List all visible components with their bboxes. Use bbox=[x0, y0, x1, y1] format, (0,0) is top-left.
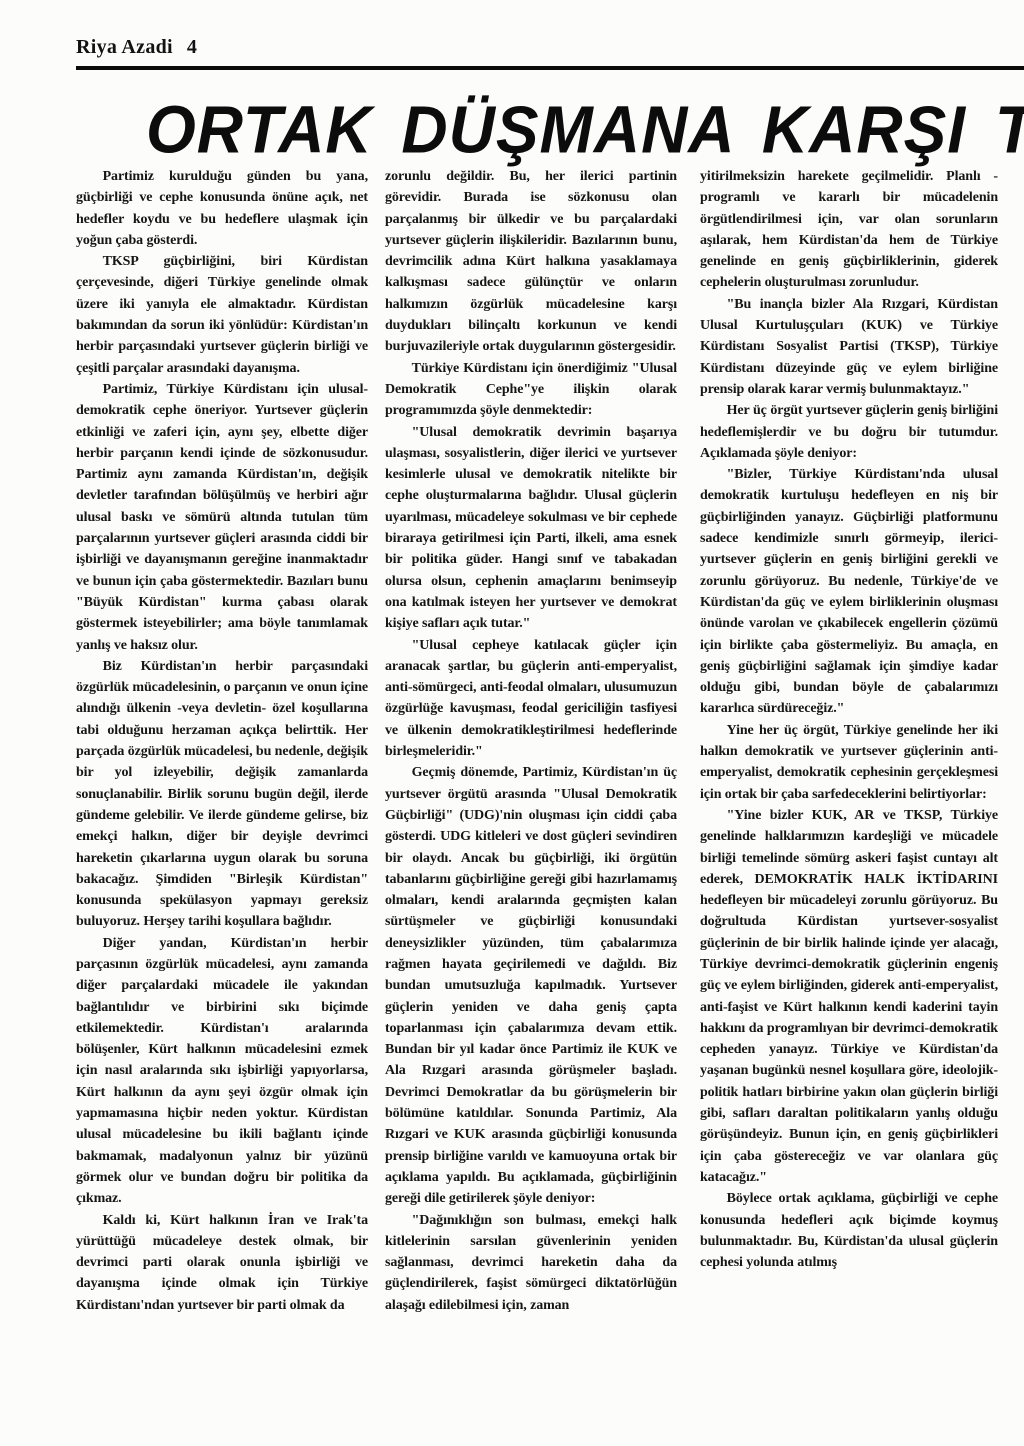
paragraph: "Bu inançla bizler Ala Rızgari, Kürdista… bbox=[700, 294, 998, 400]
paragraph: zorunlu değildir. Bu, her ilerici partin… bbox=[385, 166, 677, 358]
paragraph: Biz Kürdistan'ın herbir parçasındaki özg… bbox=[76, 656, 368, 933]
masthead-rule bbox=[76, 66, 1024, 70]
paragraph: Kaldı ki, Kürt halkının İran ve Irak'ta … bbox=[76, 1210, 368, 1316]
publication-title: Riya Azadi bbox=[76, 36, 173, 58]
paragraph: TKSP güçbirliğini, biri Kürdistan çerçev… bbox=[76, 251, 368, 379]
page-number: 4 bbox=[187, 36, 197, 58]
paragraph: Partimiz kurulduğu günden bu yana, güçbi… bbox=[76, 166, 368, 251]
paragraph: Partimiz, Türkiye Kürdistanı için ulusal… bbox=[76, 379, 368, 656]
paragraph: Yine her üç örgüt, Türkiye genelinde her… bbox=[700, 720, 998, 805]
paragraph: "Yine bizler KUK, AR ve TKSP, Türkiye ge… bbox=[700, 805, 998, 1188]
paragraph: Her üç örgüt yurtsever güçlerin geniş bi… bbox=[700, 400, 998, 464]
headline: ORTAK DÜŞMANA KARŞI TÜ bbox=[146, 84, 1024, 176]
paragraph: yitirilmeksizin harekete geçilmelidir. P… bbox=[700, 166, 998, 294]
newspaper-page: Riya Azadi4 ORTAK DÜŞMANA KARŞI TÜ Parti… bbox=[0, 0, 1024, 1446]
headline-container: ORTAK DÜŞMANA KARŞI TÜ bbox=[146, 84, 1024, 176]
paragraph: "Dağınıklığın son bulması, emekçi halk k… bbox=[385, 1210, 677, 1316]
text-column-3: yitirilmeksizin harekete geçilmelidir. P… bbox=[700, 166, 998, 1273]
text-column-2: zorunlu değildir. Bu, her ilerici partin… bbox=[385, 166, 677, 1316]
paragraph: "Ulusal demokratik devrimin başarıya ula… bbox=[385, 422, 677, 635]
masthead: Riya Azadi4 bbox=[76, 36, 197, 59]
paragraph: "Ulusal cepheye katılacak güçler için ar… bbox=[385, 635, 677, 763]
paragraph: "Bizler, Türkiye Kürdistanı'nda ulusal d… bbox=[700, 464, 998, 720]
text-column-1: Partimiz kurulduğu günden bu yana, güçbi… bbox=[76, 166, 368, 1316]
paragraph: Böylece ortak açıklama, güçbirliği ve ce… bbox=[700, 1188, 998, 1273]
paragraph: Diğer yandan, Kürdistan'ın herbir parças… bbox=[76, 933, 368, 1210]
paragraph: Türkiye Kürdistanı için önerdiğimiz "Ulu… bbox=[385, 358, 677, 422]
paragraph: Geçmiş dönemde, Partimiz, Kürdistan'ın ü… bbox=[385, 762, 677, 1209]
